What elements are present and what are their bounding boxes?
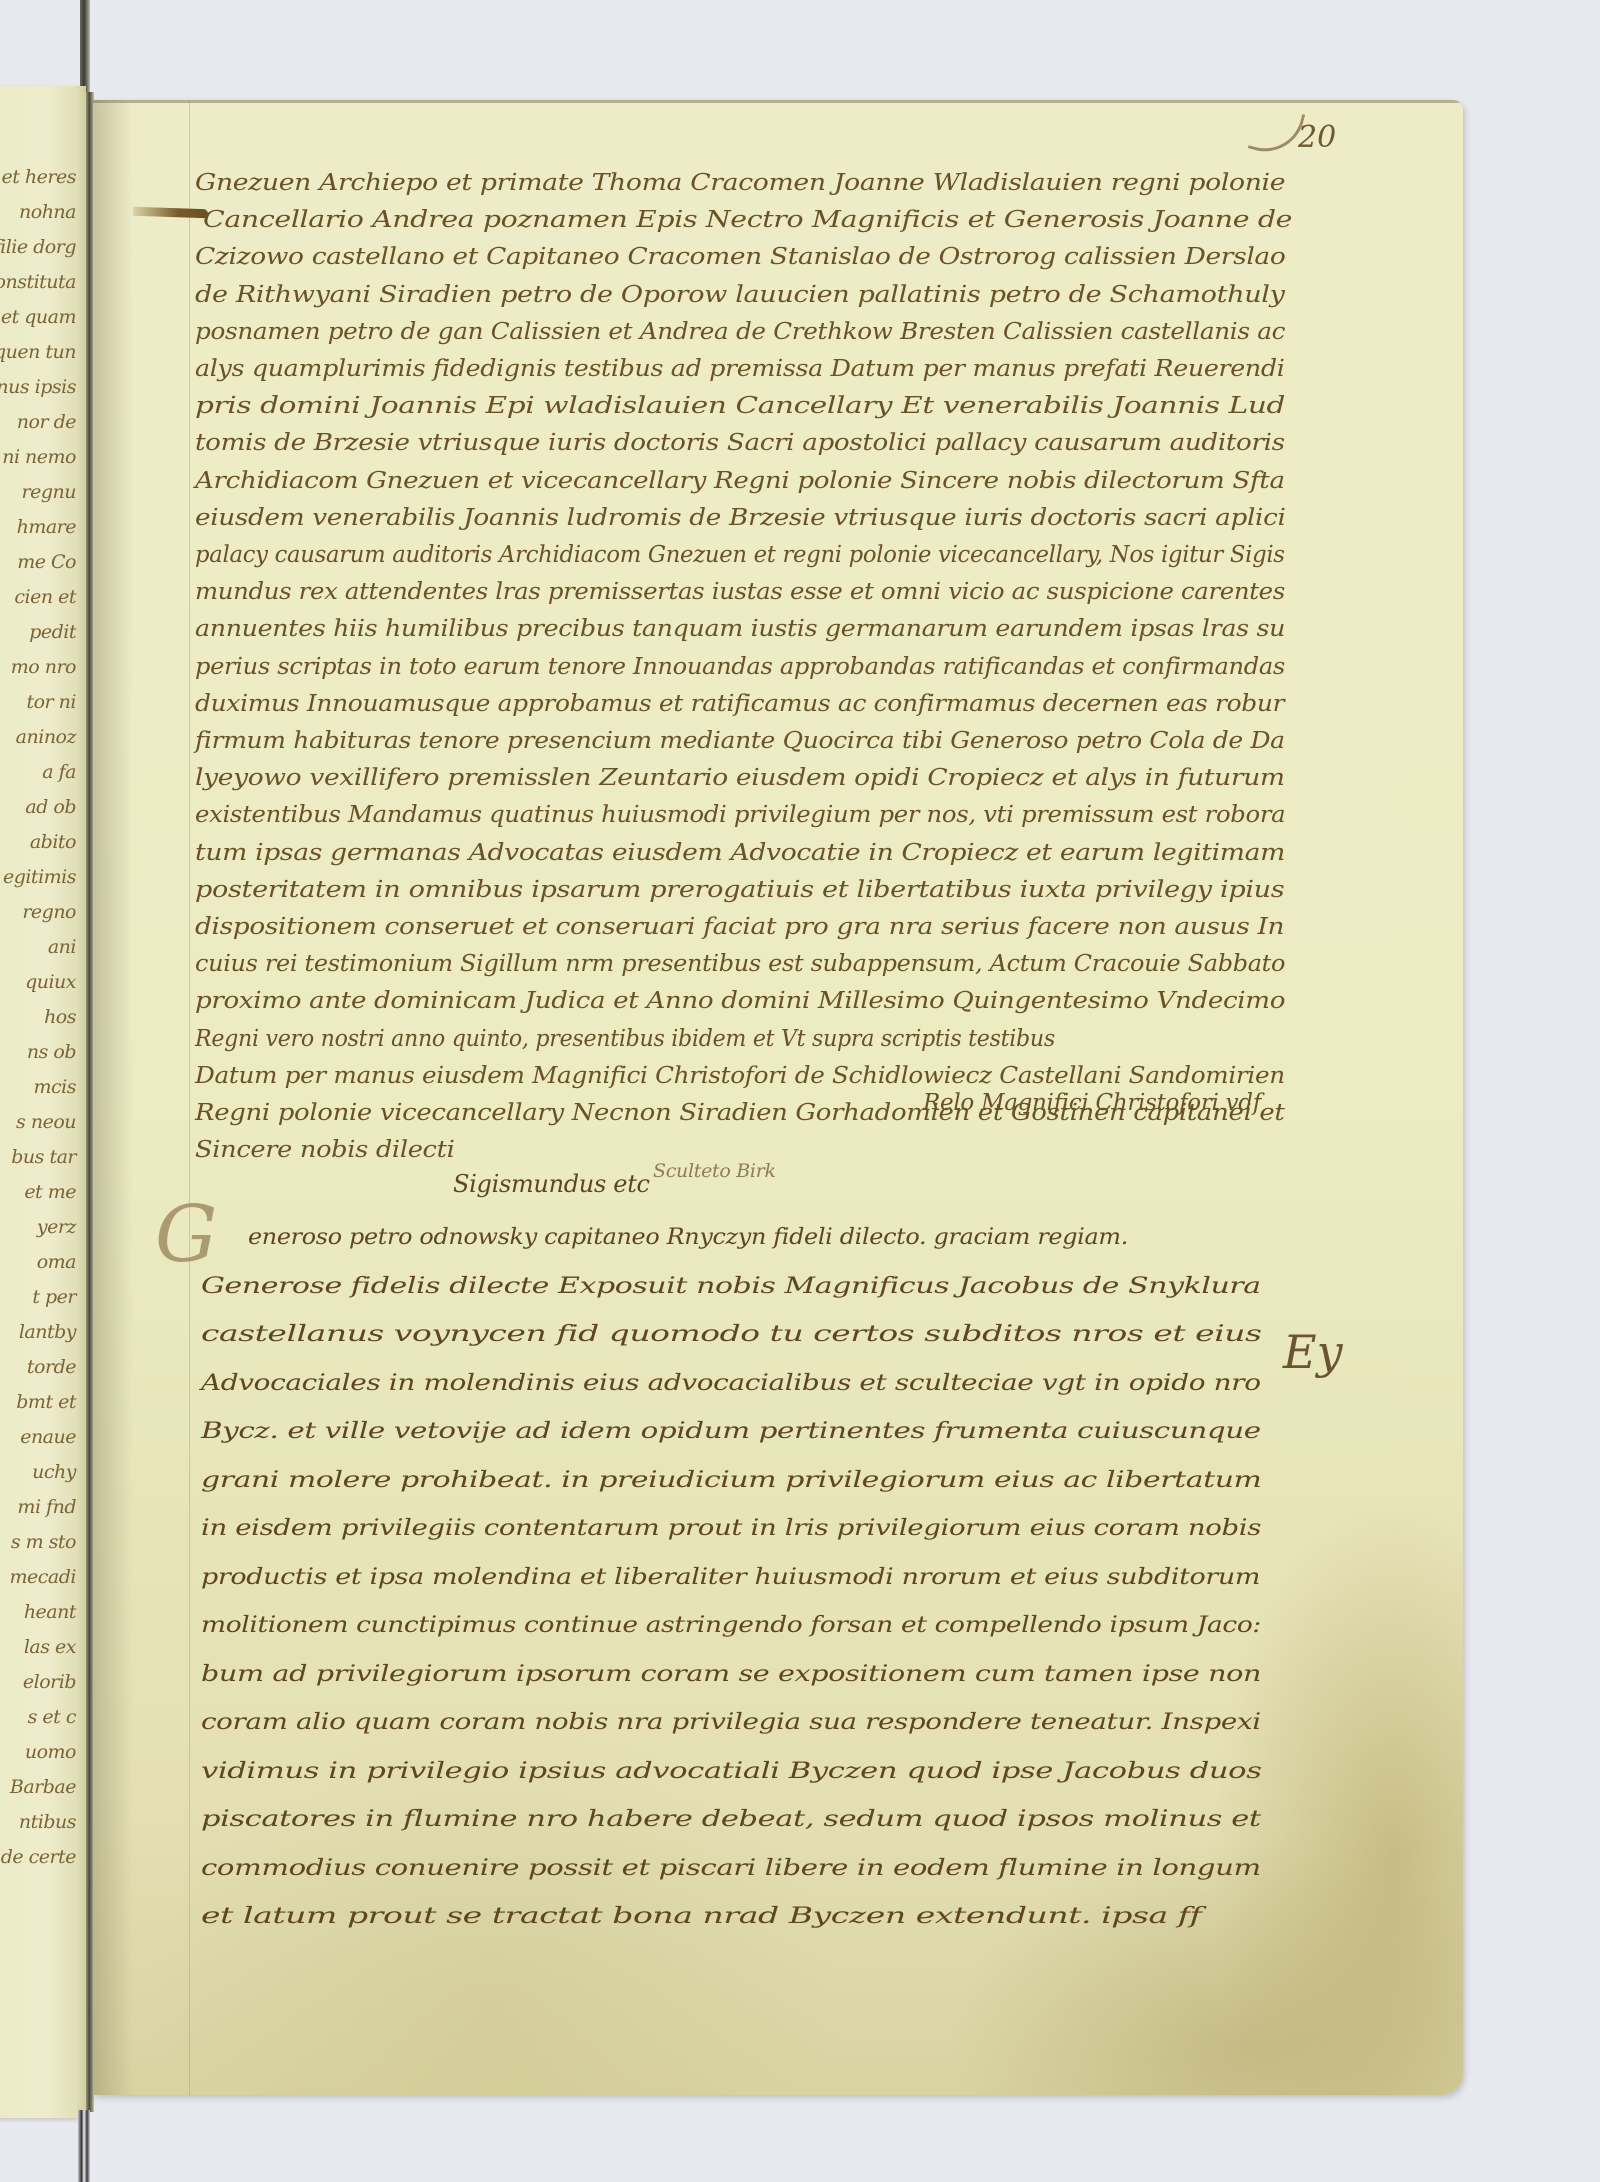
margin-text-line: aninoz xyxy=(16,726,76,748)
text-line: existentibus Mandamus quatinus huiusmodi… xyxy=(195,800,1285,828)
margin-text-line: nus ipsis xyxy=(0,376,76,398)
text-line: Bycz. et ville vetovije ad idem opidum p… xyxy=(201,1419,1261,1444)
margin-text-line: nohna xyxy=(19,201,76,223)
text-line: cuius rei testimonium Sigillum nrm prese… xyxy=(195,949,1285,977)
text-line: duximus Innouamusque approbamus et ratif… xyxy=(195,689,1284,717)
margin-text-line: et me xyxy=(24,1181,76,1203)
section-2-heading: Sigismundus etc xyxy=(453,1170,650,1198)
margin-mark: Ey xyxy=(1283,1325,1343,1379)
text-line: bum ad privilegiorum ipsorum coram se ex… xyxy=(201,1662,1261,1687)
margin-text-line: enaue xyxy=(20,1426,76,1448)
margin-text-line: egitimis xyxy=(3,866,76,888)
margin-text-line: de certe xyxy=(1,1846,76,1868)
text-line: coram alio quam coram nobis nra privileg… xyxy=(201,1710,1261,1735)
text-line: tomis de Brzesie vtriusque iuris doctori… xyxy=(195,428,1285,456)
text-line: tum ipsas germanas Advocatas eiusdem Adv… xyxy=(195,838,1285,866)
text-line: de Rithwyani Siradien petro de Oporow la… xyxy=(195,280,1285,308)
margin-text-line: hmare xyxy=(17,516,76,538)
margin-text-line: mi fnd xyxy=(17,1496,76,1518)
text-line: eneroso petro odnowsky capitaneo Rnyczyn… xyxy=(248,1225,1128,1250)
margin-text-line: s neou xyxy=(16,1111,76,1133)
text-line: alys quamplurimis fidedignis testibus ad… xyxy=(195,354,1285,382)
folio-number: 20 xyxy=(1298,120,1336,155)
text-line: Regni vero nostri anno quinto, presentib… xyxy=(195,1024,1055,1052)
margin-text-line: os et quam xyxy=(0,306,76,328)
margin-text-line: pedit xyxy=(29,621,76,643)
text-line: perius scriptas in toto earum tenore Inn… xyxy=(195,652,1285,680)
text-line: posteritatem in omnibus ipsarum prerogat… xyxy=(195,875,1284,903)
right-page: 20 Relo Magnifici Christofori vdf Sigism… xyxy=(93,100,1463,2095)
margin-text-line: ni nemo xyxy=(2,446,76,468)
text-line: Generose fidelis dilecte Exposuit nobis … xyxy=(201,1274,1261,1299)
left-page: et heresnohnafilie dorgonstitutaos et qu… xyxy=(0,86,86,2118)
text-line: mundus rex attendentes lras premissertas… xyxy=(195,577,1285,605)
margin-text-line: cien et xyxy=(14,586,76,608)
margin-text-line: ani xyxy=(48,936,76,958)
margin-ruling-line xyxy=(189,100,190,2095)
margin-text-line: ns ob xyxy=(27,1041,76,1063)
margin-text-line: t per xyxy=(32,1286,76,1308)
text-line: lyeyowo vexillifero premisslen Zeuntario… xyxy=(195,763,1285,791)
manicule-pointer-icon xyxy=(133,207,208,219)
text-line: Czizowo castellano et Capitaneo Cracomen… xyxy=(195,242,1285,270)
text-line: Sincere nobis dilecti xyxy=(195,1135,454,1163)
text-line: firmum habituras tenore presencium media… xyxy=(195,726,1285,754)
margin-text-line: mo nro xyxy=(11,656,76,678)
text-line: molitionem cunctipimus continue astringe… xyxy=(201,1613,1261,1638)
margin-text-line: mecadi xyxy=(10,1566,76,1588)
folio-flourish-icon xyxy=(1248,103,1306,161)
binding-rod-top xyxy=(80,0,90,95)
section-2-heading-note: Sculteto Birk xyxy=(653,1160,776,1182)
margin-text-line: bus tar xyxy=(11,1146,76,1168)
margin-text-line: heant xyxy=(24,1601,76,1623)
margin-text-line: filie dorg xyxy=(0,236,76,258)
text-line: Advocaciales in molendinis eius advocaci… xyxy=(201,1371,1261,1396)
text-line: Cancellario Andrea poznamen Epis Nectro … xyxy=(203,205,1292,233)
text-line: Archidiacom Gnezuen et vicecancellary Re… xyxy=(195,466,1285,494)
margin-text-line: torde xyxy=(27,1356,76,1378)
margin-text-line: yerz xyxy=(37,1216,76,1238)
text-line: palacy causarum auditoris Archidiacom Gn… xyxy=(195,540,1285,568)
text-line: Gnezuen Archiepo et primate Thoma Cracom… xyxy=(195,168,1285,196)
margin-text-line: ad ob xyxy=(25,796,76,818)
margin-text-line: ntibus xyxy=(19,1811,76,1833)
text-line: in eisdem privilegiis contentarum prout … xyxy=(201,1516,1261,1541)
margin-text-line: regno xyxy=(22,901,76,923)
text-line: posnamen petro de gan Calissien et Andre… xyxy=(195,317,1285,345)
text-line: grani molere prohibeat. in preiudicium p… xyxy=(201,1468,1261,1493)
margin-text-line: oma xyxy=(37,1251,76,1273)
margin-text-line: nor de xyxy=(17,411,76,433)
margin-text-line: onstituta xyxy=(0,271,76,293)
margin-text-line: hos xyxy=(44,1006,76,1028)
margin-text-line: me Co xyxy=(17,551,76,573)
text-line: Regni polonie vicecancellary Necnon Sira… xyxy=(195,1098,1284,1126)
text-line: proximo ante dominicam Judica et Anno do… xyxy=(195,986,1285,1014)
margin-text-line: quiux xyxy=(25,971,76,993)
initial-letter: G xyxy=(155,1190,217,1280)
margin-text-line: uomo xyxy=(25,1741,76,1763)
margin-text-line: las ex xyxy=(24,1636,76,1658)
margin-text-line: a fa xyxy=(42,761,76,783)
text-line: annuentes hiis humilibus precibus tanqua… xyxy=(195,614,1285,642)
text-line: commodius conuenire possit et piscari li… xyxy=(201,1856,1261,1881)
margin-text-line: elorib xyxy=(23,1671,76,1693)
margin-text-line: lantby xyxy=(19,1321,76,1343)
page-top-edge xyxy=(93,100,1463,103)
margin-text-line: s m sto xyxy=(11,1531,76,1553)
text-line: productis et ipsa molendina et liberalit… xyxy=(201,1565,1260,1590)
margin-text-line: mcis xyxy=(34,1076,77,1098)
text-line: piscatores in flumine nro habere debeat,… xyxy=(201,1807,1261,1832)
text-line: dispositionem conseruet et conseruari fa… xyxy=(195,912,1284,940)
margin-text-line: uchy xyxy=(32,1461,76,1483)
margin-text-line: regnu xyxy=(22,481,76,503)
text-line: Datum per manus eiusdem Magnifici Christ… xyxy=(195,1061,1285,1089)
margin-text-line: quen tun xyxy=(0,341,76,363)
text-line: vidimus in privilegio ipsius advocatiali… xyxy=(201,1759,1261,1784)
text-line: et latum prout se tractat bona nrad Bycz… xyxy=(201,1904,1201,1929)
margin-text-line: et heres xyxy=(2,166,76,188)
margin-text-line: bmt et xyxy=(16,1391,76,1413)
text-line: eiusdem venerabilis Joannis ludromis de … xyxy=(195,503,1286,531)
text-line: castellanus voynycen fid quomodo tu cert… xyxy=(201,1322,1262,1347)
margin-text-line: tor ni xyxy=(26,691,76,713)
text-line: pris domini Joannis Epi wladislauien Can… xyxy=(195,391,1285,419)
margin-text-line: s et c xyxy=(28,1706,76,1728)
margin-text-line: Barbae xyxy=(10,1776,76,1798)
gutter-shadow xyxy=(93,100,133,2095)
binding-rod-bottom xyxy=(78,2110,90,2182)
margin-text-line: abito xyxy=(30,831,76,853)
